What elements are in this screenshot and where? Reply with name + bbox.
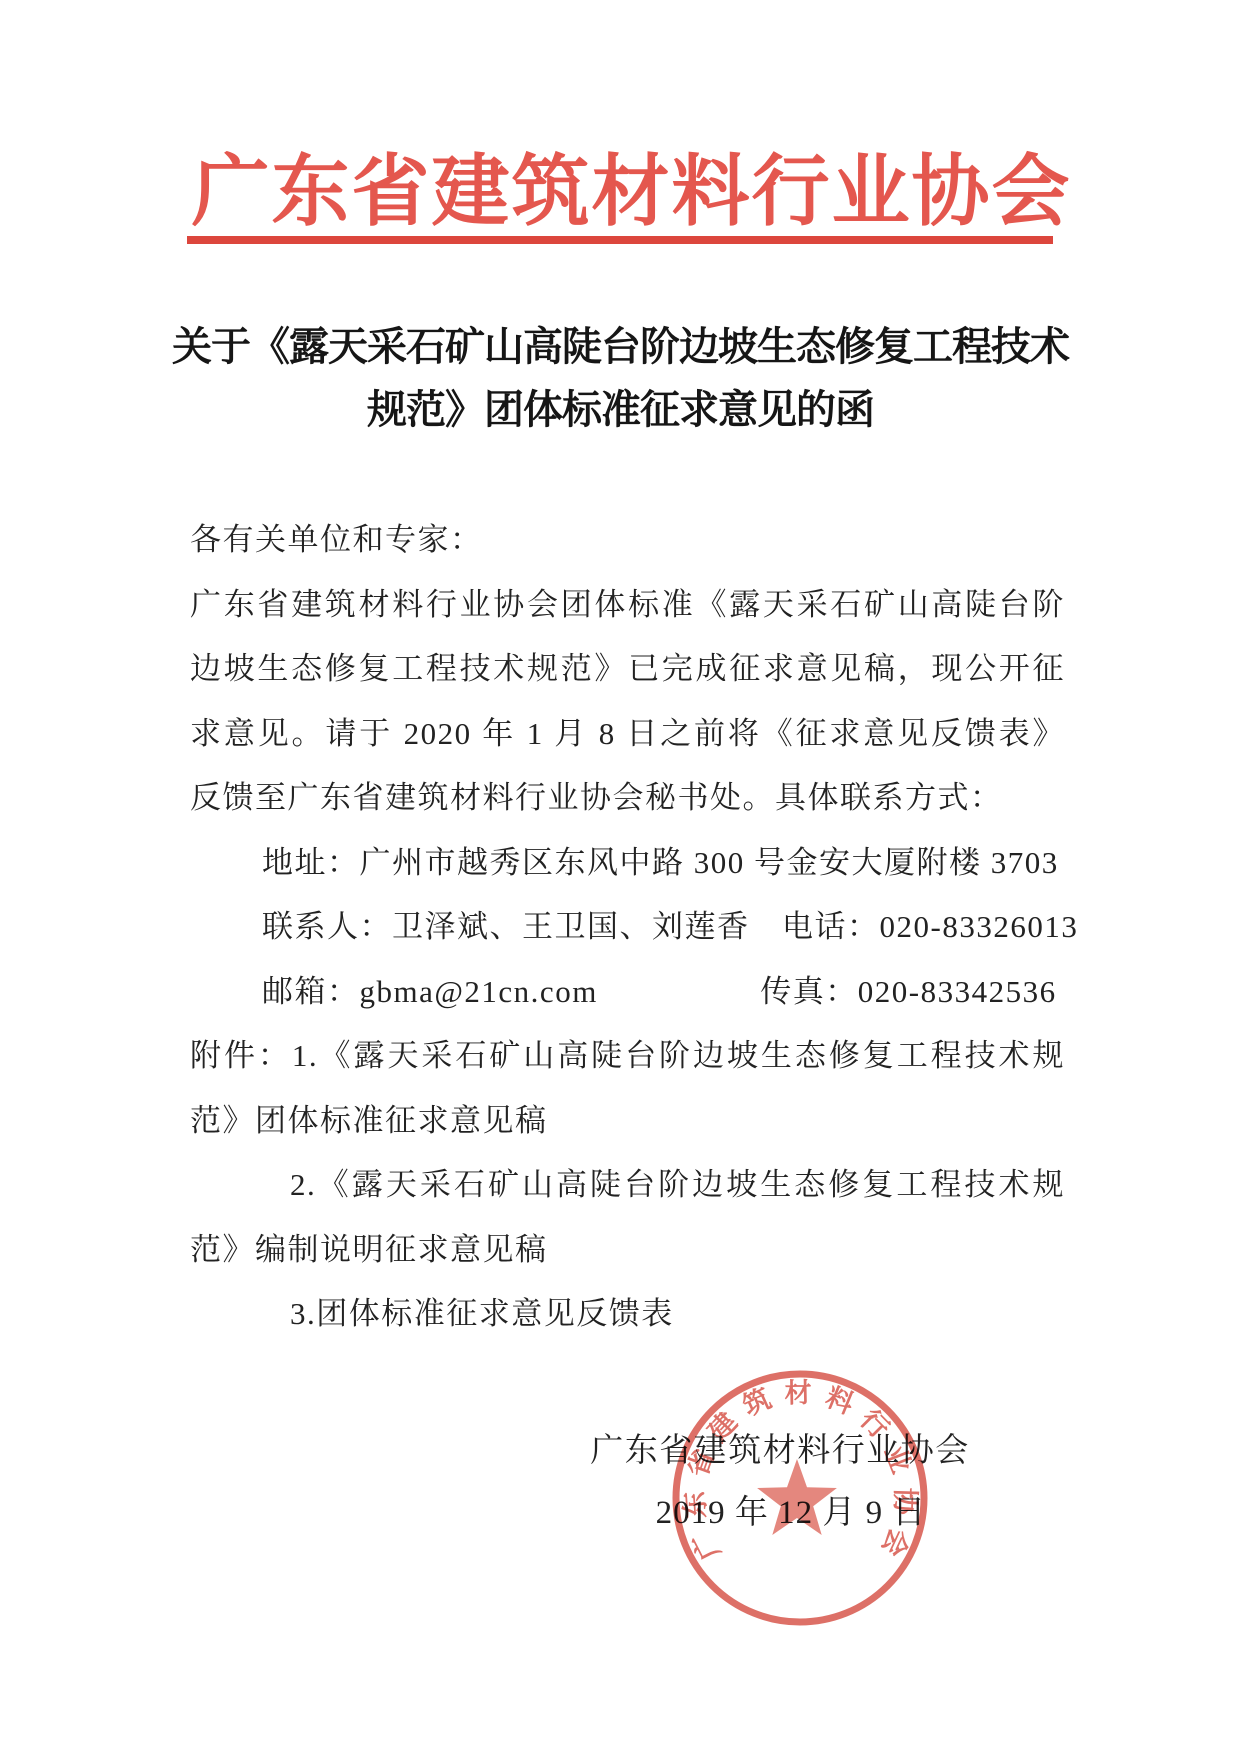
body-line: 反馈至广东省建筑材料行业协会秘书处。具体联系方式： — [190, 766, 1065, 831]
document-title-line1: 关于《露天采石矿山高陡台阶边坡生态修复工程技术 — [0, 316, 1241, 379]
letter-body: 各有关单位和专家： 广东省建筑材料行业协会团体标准《露天采石矿山高陡台阶 边坡生… — [190, 508, 1065, 1347]
letterhead-rule — [187, 236, 1053, 244]
letter-page: 广东省建筑材料行业协会 关于《露天采石矿山高陡台阶边坡生态修复工程技术 规范》团… — [0, 0, 1241, 1754]
body-line: 求意见。请于 2020 年 1 月 8 日之前将《征求意见反馈表》 — [190, 702, 1065, 767]
seal-star-icon — [757, 1459, 837, 1535]
body-line: 广东省建筑材料行业协会团体标准《露天采石矿山高陡台阶 — [190, 573, 1065, 638]
contact-person-phone-line: 联系人：卫泽斌、王卫国、刘莲香 电话：020-83326013 — [190, 895, 1065, 960]
contact-address-line: 地址：广州市越秀区东风中路 300 号金安大厦附楼 3703 — [190, 831, 1065, 896]
attachment-line-3: 3.团体标准征求意见反馈表 — [190, 1282, 1065, 1347]
salutation-line: 各有关单位和专家： — [190, 508, 1065, 573]
document-title-line2: 规范》团体标准征求意见的函 — [0, 379, 1241, 442]
letterhead-org-name: 广东省建筑材料行业协会 — [0, 150, 1241, 234]
attachment-line-2-cont: 范》编制说明征求意见稿 — [190, 1218, 1065, 1283]
attachment-line-2: 2.《露天采石矿山高陡台阶边坡生态修复工程技术规 — [190, 1153, 1065, 1218]
document-title: 关于《露天采石矿山高陡台阶边坡生态修复工程技术 规范》团体标准征求意见的函 — [0, 316, 1241, 442]
attachment-line-1: 附件：1.《露天采石矿山高陡台阶边坡生态修复工程技术规 — [190, 1024, 1065, 1089]
contact-email-fax-line: 邮箱：gbma@21cn.com 传真：020-83342536 — [190, 960, 1065, 1025]
official-seal: 广东省建筑材料行业协会 — [667, 1365, 933, 1631]
body-line: 边坡生态修复工程技术规范》已完成征求意见稿，现公开征 — [190, 637, 1065, 702]
attachment-line-1-cont: 范》团体标准征求意见稿 — [190, 1089, 1065, 1154]
